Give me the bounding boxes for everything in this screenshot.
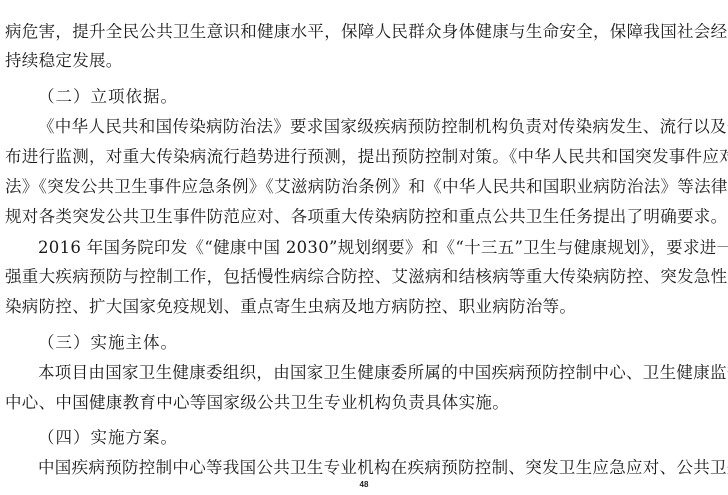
body-text-line: 强重大疾病预防与控制工作，包括慢性病综合防控、艾滋病和结核病等重大传染病防控、突… xyxy=(5,266,700,288)
body-text-line: 法》《突发公共卫生事件应急条例》《艾滋病防治条例》和《中华人民共和国职业病防治法… xyxy=(5,176,700,198)
body-text-line: 布进行监测，对重大传染病流行趋势进行预测，提出预防控制对策。《中华人民共和国突发… xyxy=(5,146,700,168)
page-number: 48 xyxy=(0,480,728,489)
body-text-line: 2016 年国务院印发《“健康中国 2030”规划纲要》和《“十三五”卫生与健康… xyxy=(38,237,700,259)
section-heading-basis: （二）立项依据。 xyxy=(38,86,178,108)
document-page: 病危害，提升全民公共卫生意识和健康水平，保障人民群众身体健康与生命安全，保障我国… xyxy=(0,0,728,495)
body-text-line: 持续稳定发展。 xyxy=(5,50,123,72)
body-text-line: 染病防控、扩大国家免疫规划、重点寄生虫病及地方病防控、职业病防治等。 xyxy=(5,296,576,318)
body-text-line: 中心、中国健康教育中心等国家级公共卫生专业机构负责具体实施。 xyxy=(5,392,509,414)
section-heading-implementer: （三）实施主体。 xyxy=(38,332,178,354)
body-text-line: 本项目由国家卫生健康委组织，由国家卫生健康委所属的中国疾病预防控制中心、卫生健康… xyxy=(38,362,700,384)
section-heading-plan: （四）实施方案。 xyxy=(38,427,178,449)
body-text-line: 病危害，提升全民公共卫生意识和健康水平，保障人民群众身体健康与生命安全，保障我国… xyxy=(5,21,700,43)
body-text-line: 《中华人民共和国传染病防治法》要求国家级疾病预防控制机构负责对传染病发生、流行以… xyxy=(38,116,700,138)
body-text-line: 规对各类突发公共卫生事件防范应对、各项重大传染病防控和重点公共卫生任务提出了明确… xyxy=(5,206,700,228)
body-text-line: 中国疾病预防控制中心等我国公共卫生专业机构在疾病预防控制、突发卫生应急应对、公共… xyxy=(38,457,700,479)
